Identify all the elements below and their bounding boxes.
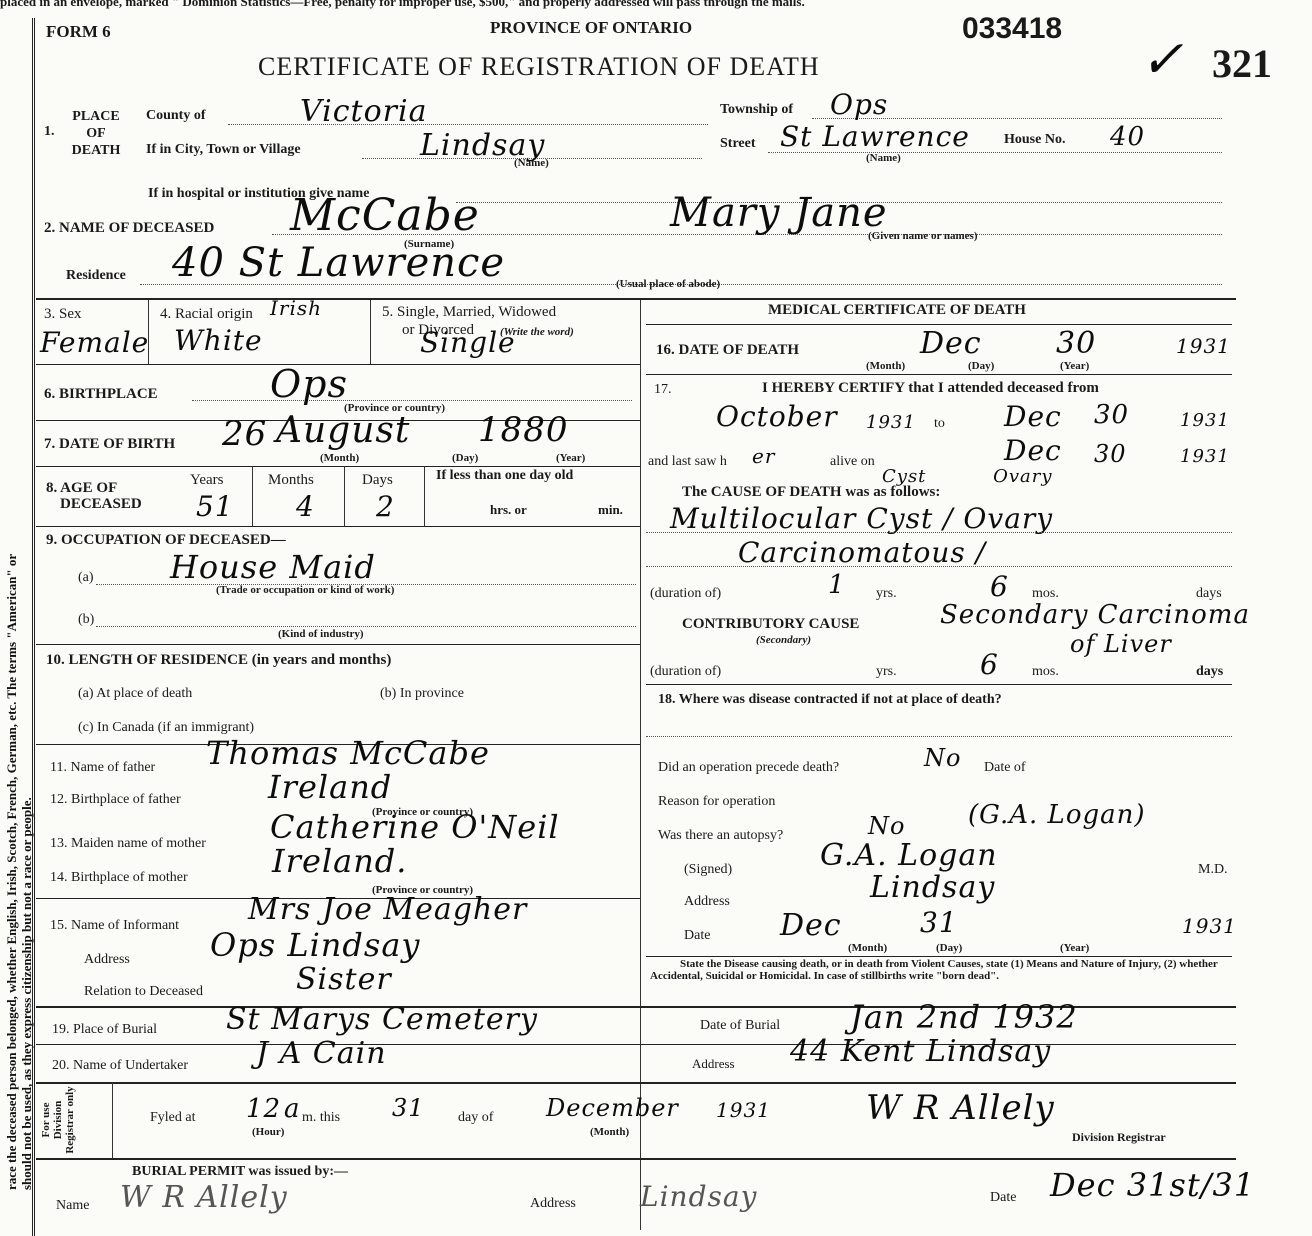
dod-year: 1931 [1176, 334, 1231, 358]
permit-name-value: W R Allely [120, 1180, 288, 1215]
certify-statement: I HEREBY CERTIFY that I attended decease… [762, 380, 1099, 397]
contributory-line1: Secondary Carcinoma [940, 600, 1250, 630]
alive-on-month: Dec [1004, 434, 1062, 467]
cert-date-month: Dec [780, 908, 842, 943]
fyled-label: Fyled at [150, 1110, 196, 1126]
cert-date-day: 31 [920, 906, 958, 939]
permit-name-label: Name [56, 1198, 89, 1214]
fyled-month: December [546, 1094, 679, 1122]
document-title: CERTIFICATE OF REGISTRATION OF DEATH [258, 52, 820, 82]
county-label: County of [146, 108, 206, 124]
house-number-label: House No. [1004, 132, 1065, 148]
fyled-day: 31 [392, 1094, 425, 1122]
surname-value: McCabe [290, 190, 480, 241]
sex-label: 3. Sex [44, 306, 82, 323]
father-birthplace-label: 12. Birthplace of father [50, 792, 181, 808]
age-label: 8. AGE OF [46, 480, 117, 497]
attended-to-year: 1931 [1180, 410, 1230, 431]
marital-value: Single [420, 326, 516, 359]
place-of-death-label: PLACEOFDEATH [64, 108, 128, 159]
mother-name-value: Catherine O'Neil [270, 808, 560, 846]
name-of-deceased-label: 2. NAME OF DECEASED [44, 220, 214, 237]
margin-instructions-line1: race the deceased person belonged, wheth… [4, 554, 20, 1190]
dob-day: 26 [222, 414, 267, 454]
informant-address-value: Ops Lindsay [210, 926, 420, 964]
cert-date-year: 1931 [1182, 914, 1237, 938]
cause-above: Cyst Ovary [882, 466, 1053, 487]
informant-name-value: Mrs Joe Meagher [248, 892, 527, 927]
residence-label: Residence [66, 268, 126, 284]
length-of-residence-label: 10. LENGTH OF RESIDENCE (in years and mo… [46, 652, 391, 669]
occupation-value: House Maid [170, 548, 376, 586]
last-saw-pronoun: er [752, 444, 775, 468]
occupation-label: 9. OCCUPATION OF DECEASED— [46, 532, 286, 549]
informant-relation-value: Sister [296, 962, 392, 997]
mother-birthplace-value: Ireland. [272, 842, 407, 880]
undertaker-address-label: Address [692, 1056, 735, 1072]
house-number-value: 40 [1110, 122, 1145, 152]
racial-origin-overwrite: Irish [270, 296, 322, 320]
contributory-cause-label: CONTRIBUTORY CAUSE [682, 616, 859, 633]
permit-address-value: Lindsay [640, 1180, 757, 1213]
division-registrar-label: Division Registrar [1072, 1130, 1166, 1145]
cause-line1: Multilocular Cyst / Ovary [670, 502, 1053, 535]
place-of-burial-value: St Marys Cemetery [226, 1002, 538, 1037]
cause-line2: Carcinomatous / [738, 536, 986, 569]
province-label: PROVINCE OF ONTARIO [490, 18, 692, 38]
father-name-label: 11. Name of father [50, 760, 155, 776]
date-of-death-label: 16. DATE OF DEATH [656, 342, 799, 359]
undertaker-value: J A Cain [256, 1036, 387, 1071]
dob-month: August [276, 410, 410, 451]
given-name-value: Mary Jane [670, 190, 888, 236]
duration-years: 1 [828, 570, 846, 600]
dod-day: 30 [1056, 326, 1096, 361]
left-border [32, 18, 35, 1236]
permit-address-label: Address [530, 1196, 576, 1212]
attended-from-month: October [716, 400, 838, 433]
permit-date-value: Dec 31st/31 [1050, 1166, 1255, 1204]
age-months: 4 [296, 490, 315, 523]
residence-value: 40 St Lawrence [172, 240, 505, 286]
q18-label: 18. Where was disease contracted if not … [658, 692, 1002, 708]
form-number: FORM 6 [46, 22, 111, 42]
birthplace-value: Ops [270, 362, 348, 406]
burial-permit-title: BURIAL PERMIT was issued by:— [132, 1164, 348, 1180]
attended-from-year: 1931 [866, 412, 916, 433]
physician-address: Lindsay [870, 870, 995, 905]
duration-months: 6 [990, 570, 1009, 603]
dod-month: Dec [920, 326, 982, 361]
place-of-death-number: 1. [44, 124, 55, 140]
county-value: Victoria [300, 94, 427, 129]
age-years: 51 [196, 490, 234, 523]
mother-name-label: 13. Maiden name of mother [50, 836, 206, 852]
registrar-signature: W R Allely [866, 1088, 1055, 1128]
city-label: If in City, Town or Village [146, 142, 301, 158]
place-of-burial-label: 19. Place of Burial [52, 1022, 157, 1038]
street-label: Street [720, 136, 756, 152]
township-value: Ops [830, 88, 888, 121]
age-days: 2 [376, 490, 395, 523]
physician-printed-name: (G.A. Logan) [968, 800, 1146, 830]
date-of-burial-label: Date of Burial [700, 1018, 780, 1034]
alive-on-year: 1931 [1180, 446, 1230, 467]
sex-value: Female [40, 326, 149, 359]
top-instruction-strip: placed in an envelope, marked " Dominion… [0, 0, 805, 10]
mother-birthplace-label: 14. Birthplace of mother [50, 870, 188, 886]
undertaker-address-value: 44 Kent Lindsay [790, 1034, 1051, 1069]
attended-to-month: Dec [1004, 400, 1062, 433]
dob-year: 1880 [478, 410, 569, 450]
informant-name-label: 15. Name of Informant [50, 918, 179, 934]
contributory-duration-months: 6 [980, 648, 999, 681]
undertaker-label: 20. Name of Undertaker [52, 1058, 188, 1074]
medical-certificate-title: MEDICAL CERTIFICATE OF DEATH [768, 302, 1026, 319]
fyled-year: 1931 [716, 1098, 771, 1122]
racial-origin-value: White [174, 324, 263, 357]
racial-origin-label: 4. Racial origin [160, 306, 253, 323]
street-value: St Lawrence [780, 120, 970, 153]
check-mark-icon: ✓ [1140, 30, 1185, 90]
attended-to-day: 30 [1094, 400, 1129, 430]
certificate-number: 033418 [962, 12, 1062, 46]
date-of-birth-label: 7. DATE OF BIRTH [44, 436, 175, 453]
marital-label: 5. Single, Married, Widowed [382, 304, 556, 321]
fyled-hour: 12 [246, 1094, 281, 1124]
instructions-note: State the Disease causing death, or in d… [650, 958, 1234, 982]
registrar-side-label: For use Division Registrar only [40, 1084, 76, 1156]
autopsy-value: No [868, 812, 905, 840]
father-name-value: Thomas McCabe [206, 734, 490, 772]
township-label: Township of [720, 102, 793, 118]
date-of-burial-value: Jan 2nd 1932 [850, 998, 1078, 1036]
physician-signature: G.A. Logan [820, 838, 998, 873]
permit-date-label: Date [990, 1190, 1016, 1206]
contributory-line2: of Liver [1070, 630, 1172, 658]
operation-value: No [924, 744, 961, 772]
father-birthplace-value: Ireland [268, 768, 392, 806]
page-number: 321 [1212, 40, 1272, 87]
birthplace-label: 6. BIRTHPLACE [44, 386, 158, 403]
alive-on-day: 30 [1094, 440, 1127, 468]
fyled-ampm: a [284, 1094, 301, 1124]
